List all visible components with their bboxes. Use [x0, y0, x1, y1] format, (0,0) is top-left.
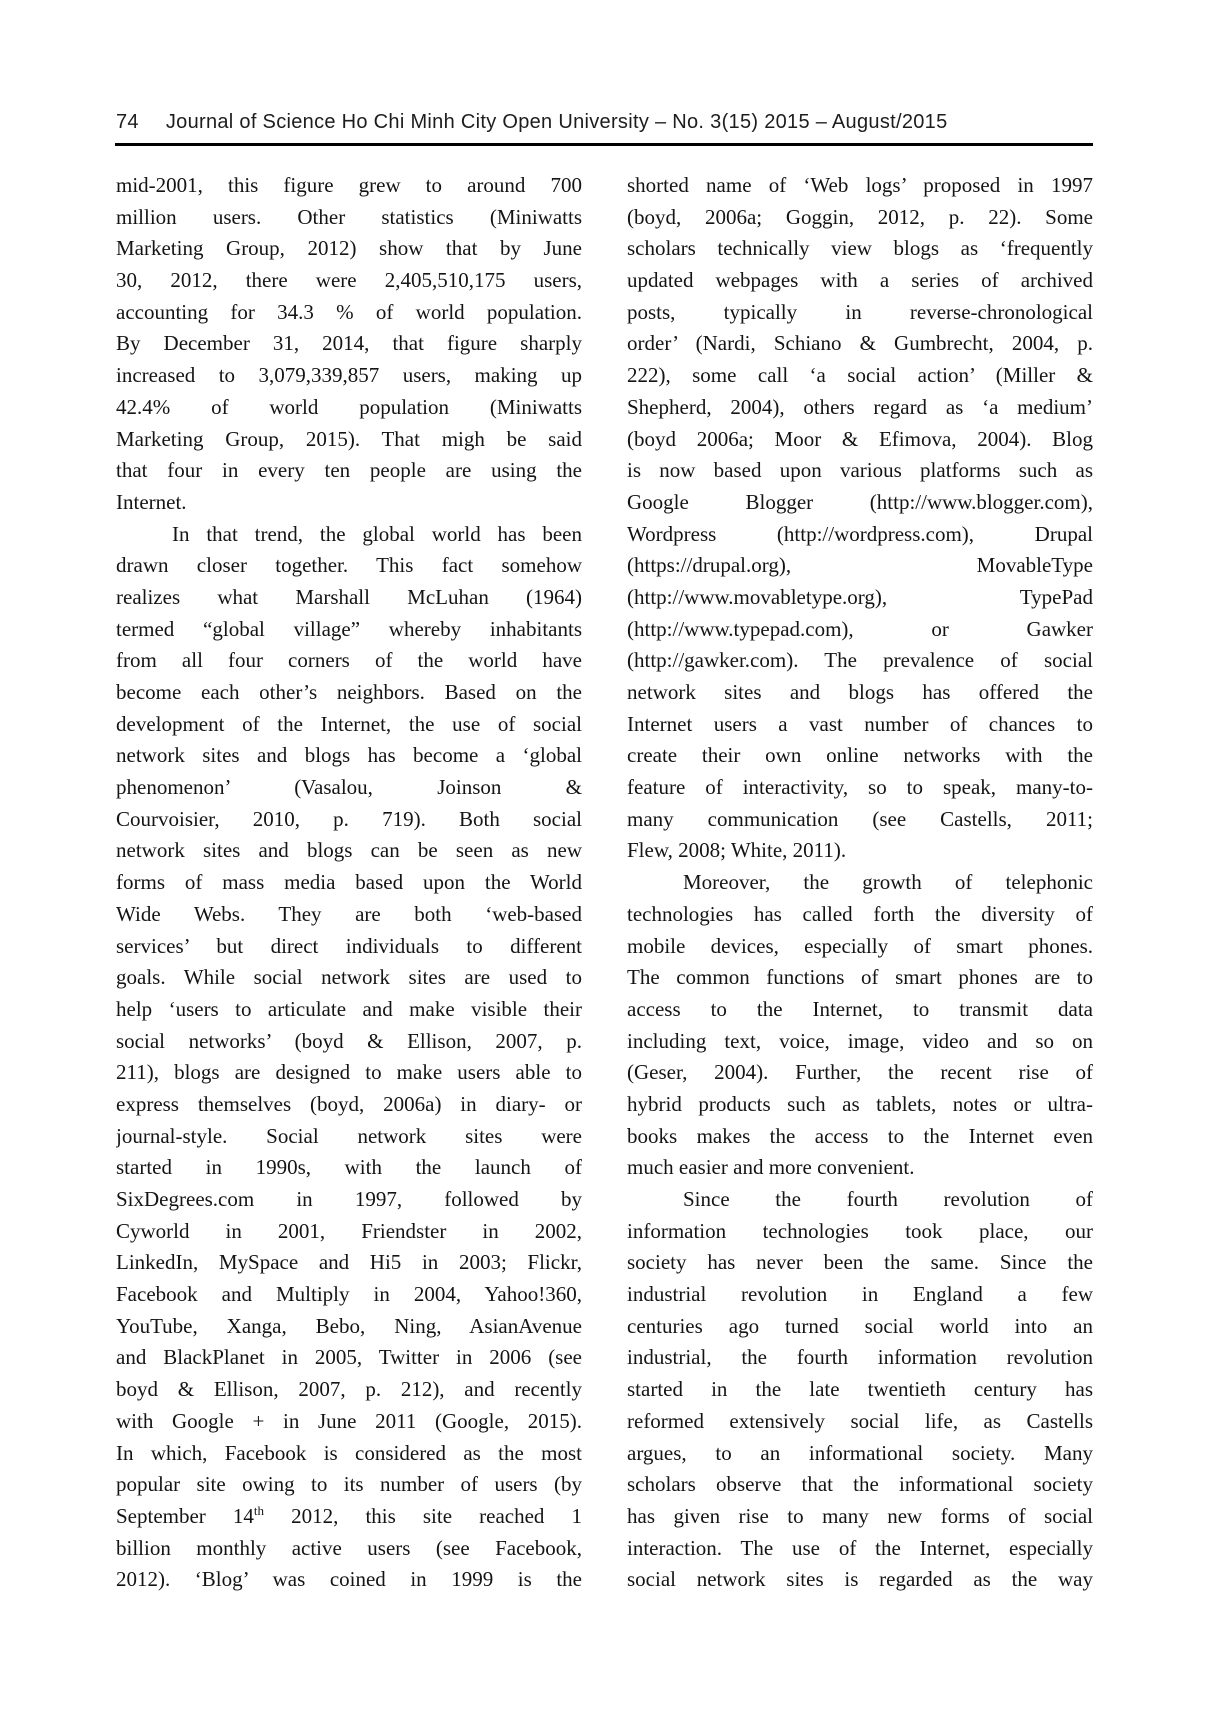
text-line: phenomenon’ (Vasalou, Joinson & [116, 772, 582, 804]
text-line: SixDegrees.com in 1997, followed by [116, 1184, 582, 1216]
text-line: 42.4% of world population (Miniwatts [116, 392, 582, 424]
text-line: is now based upon various platforms such… [627, 455, 1093, 487]
text-line: that four in every ten people are using … [116, 455, 582, 487]
text-line: Flew, 2008; White, 2011). [627, 835, 1093, 867]
text-line: Shepherd, 2004), others regard as ‘a med… [627, 392, 1093, 424]
text-line: (https://drupal.org), MovableType [627, 550, 1093, 582]
text-line: September 14th 2012, this site reached 1 [116, 1501, 582, 1533]
text-line: argues, to an informational society. Man… [627, 1438, 1093, 1470]
text-line: Courvoisier, 2010, p. 719). Both social [116, 804, 582, 836]
text-column-right: shorted name of ‘Web logs’ proposed in 1… [627, 170, 1093, 1596]
text-line: from all four corners of the world have [116, 645, 582, 677]
text-line: mobile devices, especially of smart phon… [627, 931, 1093, 963]
page-header: 74 Journal of Science Ho Chi Minh City O… [116, 111, 1094, 134]
text-line: development of the Internet, the use of … [116, 709, 582, 741]
text-line: order’ (Nardi, Schiano & Gumbrecht, 2004… [627, 328, 1093, 360]
text-line: help ‘users to articulate and make visib… [116, 994, 582, 1026]
text-line: drawn closer together. This fact somehow [116, 550, 582, 582]
text-line: feature of interactivity, so to speak, m… [627, 772, 1093, 804]
text-line: access to the Internet, to transmit data [627, 994, 1093, 1026]
text-line: billion monthly active users (see Facebo… [116, 1533, 582, 1565]
text-line: (http://gawker.com). The prevalence of s… [627, 645, 1093, 677]
text-line: Wordpress (http://wordpress.com), Drupal [627, 519, 1093, 551]
text-line: In which, Facebook is considered as the … [116, 1438, 582, 1470]
text-line: network sites and blogs has become a ‘gl… [116, 740, 582, 772]
text-line: express themselves (boyd, 2006a) in diar… [116, 1089, 582, 1121]
text-line: 2012). ‘Blog’ was coined in 1999 is the [116, 1564, 582, 1596]
text-line: has given rise to many new forms of soci… [627, 1501, 1093, 1533]
text-line: mid-2001, this figure grew to around 700 [116, 170, 582, 202]
text-line: hybrid products such as tablets, notes o… [627, 1089, 1093, 1121]
text-line: network sites and blogs can be seen as n… [116, 835, 582, 867]
text-line: centuries ago turned social world into a… [627, 1311, 1093, 1343]
text-line: termed “global village” whereby inhabita… [116, 614, 582, 646]
text-line: Marketing Group, 2015). That migh be sai… [116, 424, 582, 456]
text-line: scholars technically view blogs as ‘freq… [627, 233, 1093, 265]
text-line: goals. While social network sites are us… [116, 962, 582, 994]
text-line: reformed extensively social life, as Cas… [627, 1406, 1093, 1438]
text-line: technologies has called forth the divers… [627, 899, 1093, 931]
text-line: increased to 3,079,339,857 users, making… [116, 360, 582, 392]
journal-page: 74 Journal of Science Ho Chi Minh City O… [0, 0, 1210, 1712]
text-line: and BlackPlanet in 2005, Twitter in 2006… [116, 1342, 582, 1374]
text-line: network sites and blogs has offered the [627, 677, 1093, 709]
text-line: services’ but direct individuals to diff… [116, 931, 582, 963]
text-line: Moreover, the growth of telephonic [627, 867, 1093, 899]
text-line: shorted name of ‘Web logs’ proposed in 1… [627, 170, 1093, 202]
text-line: accounting for 34.3 % of world populatio… [116, 297, 582, 329]
text-line: The common functions of smart phones are… [627, 962, 1093, 994]
text-line: social networks’ (boyd & Ellison, 2007, … [116, 1026, 582, 1058]
text-line: social network sites is regarded as the … [627, 1564, 1093, 1596]
text-line: By December 31, 2014, that figure sharpl… [116, 328, 582, 360]
text-line: 211), blogs are designed to make users a… [116, 1057, 582, 1089]
text-line: interaction. The use of the Internet, es… [627, 1533, 1093, 1565]
text-line: (boyd, 2006a; Goggin, 2012, p. 22). Some [627, 202, 1093, 234]
text-line: become each other’s neighbors. Based on … [116, 677, 582, 709]
text-line: started in 1990s, with the launch of [116, 1152, 582, 1184]
text-line: scholars observe that the informational … [627, 1469, 1093, 1501]
text-line: (Geser, 2004). Further, the recent rise … [627, 1057, 1093, 1089]
text-line: 30, 2012, there were 2,405,510,175 users… [116, 265, 582, 297]
text-line: updated webpages with a series of archiv… [627, 265, 1093, 297]
text-column-left: mid-2001, this figure grew to around 700… [116, 170, 582, 1596]
text-line: journal-style. Social network sites were [116, 1121, 582, 1153]
journal-title: Journal of Science Ho Chi Minh City Open… [166, 111, 948, 134]
text-line: Google Blogger (http://www.blogger.com), [627, 487, 1093, 519]
text-line: industrial revolution in England a few [627, 1279, 1093, 1311]
text-line: create their own online networks with th… [627, 740, 1093, 772]
text-line: Internet. [116, 487, 582, 519]
text-line: Since the fourth revolution of [627, 1184, 1093, 1216]
text-line: society has never been the same. Since t… [627, 1247, 1093, 1279]
text-line: many communication (see Castells, 2011; [627, 804, 1093, 836]
text-line: posts, typically in reverse-chronologica… [627, 297, 1093, 329]
text-line: much easier and more convenient. [627, 1152, 1093, 1184]
text-line: 222), some call ‘a social action’ (Mille… [627, 360, 1093, 392]
text-line: industrial, the fourth information revol… [627, 1342, 1093, 1374]
header-divider [115, 143, 1093, 146]
text-line: including text, voice, image, video and … [627, 1026, 1093, 1058]
text-line: books makes the access to the Internet e… [627, 1121, 1093, 1153]
text-line: with Google + in June 2011 (Google, 2015… [116, 1406, 582, 1438]
text-line: popular site owing to its number of user… [116, 1469, 582, 1501]
text-line: information technologies took place, our [627, 1216, 1093, 1248]
text-line: LinkedIn, MySpace and Hi5 in 2003; Flick… [116, 1247, 582, 1279]
text-line: (boyd 2006a; Moor & Efimova, 2004). Blog [627, 424, 1093, 456]
text-line: forms of mass media based upon the World [116, 867, 582, 899]
text-line: Marketing Group, 2012) show that by June [116, 233, 582, 265]
text-line: Wide Webs. They are both ‘web-based [116, 899, 582, 931]
text-line: Internet users a vast number of chances … [627, 709, 1093, 741]
text-line: In that trend, the global world has been [116, 519, 582, 551]
article-body: mid-2001, this figure grew to around 700… [116, 170, 1093, 1596]
text-line: (http://www.typepad.com), or Gawker [627, 614, 1093, 646]
text-line: (http://www.movabletype.org), TypePad [627, 582, 1093, 614]
text-line: Facebook and Multiply in 2004, Yahoo!360… [116, 1279, 582, 1311]
text-line: realizes what Marshall McLuhan (1964) [116, 582, 582, 614]
text-line: million users. Other statistics (Miniwat… [116, 202, 582, 234]
text-line: boyd & Ellison, 2007, p. 212), and recen… [116, 1374, 582, 1406]
text-line: YouTube, Xanga, Bebo, Ning, AsianAvenue [116, 1311, 582, 1343]
page-number: 74 [116, 111, 139, 134]
text-line: started in the late twentieth century ha… [627, 1374, 1093, 1406]
text-line: Cyworld in 2001, Friendster in 2002, [116, 1216, 582, 1248]
